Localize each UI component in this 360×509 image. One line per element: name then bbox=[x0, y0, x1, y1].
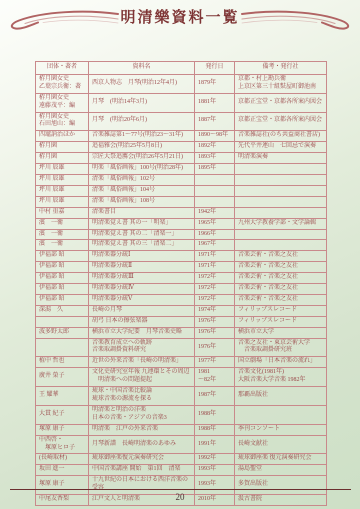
cell-publisher: 先代平井連山 七回忌で演奏 bbox=[235, 142, 327, 153]
cell-date bbox=[195, 185, 235, 196]
cell-author: 坪川 辰雄 bbox=[36, 196, 89, 207]
cell-material: 清楽「風俗画報」108号 bbox=[89, 196, 195, 207]
table-row: 大貫 紀子明清楽と明治の洋楽 日本の音楽・アジアの音楽31988年 bbox=[36, 405, 327, 424]
cell-material: 音楽雑誌第1～77号(明治23～31年) bbox=[89, 131, 195, 142]
cell-date: 1971年 bbox=[195, 251, 235, 262]
table-row: 伊福部 昭明清楽器分疏Ⅱ1971年音楽芸術・音楽之友社 bbox=[36, 262, 327, 273]
table-row: 濱 一衛明清楽覚え書 其の二「清楽一」1966年 bbox=[36, 229, 327, 240]
cell-date: 1971年 bbox=[195, 262, 235, 273]
table-row: 胡弓 日本の擦弦楽器1976年フィリップスレコード bbox=[36, 316, 327, 327]
cell-publisher: 明清楽演奏 bbox=[235, 153, 327, 164]
cell-publisher: 京都正宝堂・京都各所案内図会 bbox=[235, 93, 327, 112]
table-row: 坂田 進一中国音楽講座 開始 第1回 清楽1993年湯島聖堂 bbox=[36, 465, 327, 476]
cell-publisher bbox=[235, 185, 327, 196]
table-row: 坪川 辰雄明楽「風俗画報」100号(明治28年)1895年 bbox=[36, 164, 327, 175]
cell-author: 坪川 辰雄 bbox=[36, 185, 89, 196]
cell-date: 1965年 bbox=[195, 218, 235, 229]
cell-publisher: 長崎文献社 bbox=[235, 435, 327, 454]
cell-author bbox=[36, 338, 89, 357]
table-row: 坪川 辰雄清楽「風俗画報」102号 bbox=[36, 174, 327, 185]
cell-material: 明清楽覚え書 其の二「清楽一」 bbox=[89, 229, 195, 240]
table-row: 四竈訥治ほか音楽雑誌第1～77号(明治23～31年)1890～98年音楽雑誌社(… bbox=[36, 131, 327, 142]
cell-date: 1991年 bbox=[195, 435, 235, 454]
cell-publisher: 湯島聖堂 bbox=[235, 465, 327, 476]
cell-date: 1892年 bbox=[195, 142, 235, 153]
cell-publisher: 音楽之友社・東京芸術大学 音楽取調掛研究班 bbox=[235, 338, 327, 357]
cell-date: 1977年 bbox=[195, 357, 235, 368]
cell-material: 明清楽 江戸の外来音楽 bbox=[89, 424, 195, 435]
table-row: 栫月園女史 遠藤茂平：編月琴 (明治14年3月)1881年京都正宝堂・京都各所案… bbox=[36, 93, 327, 112]
cell-material: 音楽教育成立への軌跡 音楽取調掛資料研究 bbox=[89, 338, 195, 357]
cell-author: 中村 重嘉 bbox=[36, 207, 89, 218]
cell-date: 1993年 bbox=[195, 465, 235, 476]
table-row: 王 耀華琉球・中国音楽比較論 琉球音楽の源流を探る1987年那覇出版社 bbox=[36, 387, 327, 406]
cell-author: 栫月園 bbox=[36, 142, 89, 153]
cell-author: 塚原 康子 bbox=[36, 424, 89, 435]
cell-author: (長崎取材) bbox=[36, 454, 89, 465]
cell-date: 1992年 bbox=[195, 454, 235, 465]
cell-material: 明清楽覚え書 其の一「明楽」 bbox=[89, 218, 195, 229]
cell-publisher: 横浜市立大学 bbox=[235, 327, 327, 338]
document-page: 明清樂資料一覧 団体・著者 資料名 発行日 備考・発行社 栫月園女史 乙葉宗兵衛… bbox=[0, 0, 360, 509]
cell-author: 坪川 辰雄 bbox=[36, 164, 89, 175]
cell-date: 1966年 bbox=[195, 229, 235, 240]
page-number: 20 bbox=[0, 492, 360, 502]
cell-material: 明楽「風俗画報」100号(明治28年) bbox=[89, 164, 195, 175]
cell-material: 中国音楽講座 開始 第1回 清楽 bbox=[89, 465, 195, 476]
materials-table-header: 団体・著者 資料名 発行日 備考・発行社 bbox=[36, 62, 327, 75]
cell-author: 伊福部 昭 bbox=[36, 284, 89, 295]
cell-material: 明清楽器分疏Ⅰ bbox=[89, 251, 195, 262]
cell-publisher: 音楽雑誌社(のち共益商社書店) bbox=[235, 131, 327, 142]
cell-material: 清楽書目 bbox=[89, 207, 195, 218]
cell-date: 1942年 bbox=[195, 207, 235, 218]
cell-date: 1976年 bbox=[195, 338, 235, 357]
cell-author: 四竈訥治ほか bbox=[36, 131, 89, 142]
cell-material: 月琴 (明治14年3月) bbox=[89, 93, 195, 112]
cell-publisher: 九州大学教養学部・文学論輯 bbox=[235, 218, 327, 229]
table-row: 栫月園女史 石田旭山：編月琴 (明治20年6月)1887年京都正宝堂・京都各所案… bbox=[36, 112, 327, 131]
table-row: 中西啓・ 塚原ヒロ子月琴新譜 長崎明清楽のあゆみ1991年長崎文献社 bbox=[36, 435, 327, 454]
cell-date: 1988年 bbox=[195, 405, 235, 424]
cell-material: 琉球・中国音楽比較論 琉球音楽の源流を探る bbox=[89, 387, 195, 406]
table-row: 音楽教育成立への軌跡 音楽取調掛資料研究1976年音楽之友社・東京芸術大学 音楽… bbox=[36, 338, 327, 357]
cell-publisher: 音楽芸術・音楽之友社 bbox=[235, 273, 327, 284]
cell-date: 1976年 bbox=[195, 316, 235, 327]
col-header-publisher: 備考・発行社 bbox=[235, 62, 327, 75]
cell-date: 1895年 bbox=[195, 164, 235, 175]
cell-author: 王 耀華 bbox=[36, 387, 89, 406]
cell-material: 追福雅会(明治25年5月8日) bbox=[89, 142, 195, 153]
cell-author: 濱 一衛 bbox=[36, 218, 89, 229]
cell-author: 栫月園 bbox=[36, 153, 89, 164]
cell-author: 伊福部 昭 bbox=[36, 294, 89, 305]
title-band: 明清樂資料一覧 bbox=[0, 0, 360, 34]
cell-material: 明清楽器分疏Ⅱ bbox=[89, 262, 195, 273]
cell-author: 坪川 辰雄 bbox=[36, 174, 89, 185]
cell-material: 明清楽器分疏Ⅳ bbox=[89, 284, 195, 295]
table-row: 伊福部 昭明清楽器分疏Ⅰ1971年音楽芸術・音楽之友社 bbox=[36, 251, 327, 262]
cell-author: 濱 一衛 bbox=[36, 240, 89, 251]
cell-publisher: 那覇出版社 bbox=[235, 387, 327, 406]
materials-table-body: 栫月園女史 乙葉宗兵衛：著西京人物志 月琴(明治12年4月)1879年京都・村上… bbox=[36, 74, 327, 505]
table-row: 坪川 辰雄清楽「風俗画報」108号 bbox=[36, 196, 327, 207]
cell-author: 伊福部 昭 bbox=[36, 251, 89, 262]
cell-material: 月琴新譜 長崎明清楽のあゆみ bbox=[89, 435, 195, 454]
table-row: 濱 一衛明清楽覚え書 其の三「清楽二」1967年 bbox=[36, 240, 327, 251]
cell-author: 濱 一衛 bbox=[36, 229, 89, 240]
header-row: 団体・著者 資料名 発行日 備考・発行社 bbox=[36, 62, 327, 75]
cell-publisher bbox=[235, 164, 327, 175]
table-row: 中村 重嘉清楽書目1942年 bbox=[36, 207, 327, 218]
table-row: 伊福部 昭明清楽器分疏Ⅲ1972年音楽芸術・音楽之友社 bbox=[36, 273, 327, 284]
cell-author: 伊福部 昭 bbox=[36, 262, 89, 273]
cell-author bbox=[36, 316, 89, 327]
table-row: 波多野太郎横浜市立大学紀要 月琴音楽史略1976年横浜市立大学 bbox=[36, 327, 327, 338]
footer-rule bbox=[10, 489, 351, 490]
cell-publisher: 季刊コンソート bbox=[235, 424, 327, 435]
cell-material: 月琴 (明治20年6月) bbox=[89, 112, 195, 131]
cell-material: 胡弓 日本の擦弦楽器 bbox=[89, 316, 195, 327]
cell-date bbox=[195, 196, 235, 207]
cell-publisher: 琉球御座楽 復元演奏研究会 bbox=[235, 454, 327, 465]
cell-publisher bbox=[235, 405, 327, 424]
table-row: (長崎取材)琉球御座楽復元演奏研究会1992年琉球御座楽 復元演奏研究会 bbox=[36, 454, 327, 465]
cell-date: 1887年 bbox=[195, 112, 235, 131]
cell-date: 1881年 bbox=[195, 93, 235, 112]
cell-material: 文化史研究室年報 九連環とその周辺 明清楽への問題提起 bbox=[89, 368, 195, 387]
cell-material: 西京人物志 月琴(明治12年4月) bbox=[89, 74, 195, 93]
col-header-material: 資料名 bbox=[89, 62, 195, 75]
col-header-author: 団体・著者 bbox=[36, 62, 89, 75]
cell-date: 1967年 bbox=[195, 240, 235, 251]
cell-publisher: 国立劇場「日本音楽の流れ」 bbox=[235, 357, 327, 368]
cell-material: 長崎の月琴 bbox=[89, 305, 195, 316]
cell-publisher: 音楽芸術・音楽之友社 bbox=[235, 251, 327, 262]
cell-material: 横浜市立大学紀要 月琴音楽史略 bbox=[89, 327, 195, 338]
cell-date: 1893年 bbox=[195, 153, 235, 164]
cell-material: 明清楽と明治の洋楽 日本の音楽・アジアの音楽3 bbox=[89, 405, 195, 424]
cell-author: 栫月園女史 遠藤茂平：編 bbox=[36, 93, 89, 112]
table-row: 廣井 榮子文化史研究室年報 九連環とその周辺 明清楽への問題提起1981 ～82… bbox=[36, 368, 327, 387]
cell-publisher: 音楽芸術・音楽之友社 bbox=[235, 262, 327, 273]
cell-author: 深潟 久 bbox=[36, 305, 89, 316]
cell-publisher: 音楽芸術・音楽之友社 bbox=[235, 294, 327, 305]
cell-date: 1890～98年 bbox=[195, 131, 235, 142]
cell-author: 波多野太郎 bbox=[36, 327, 89, 338]
cell-publisher: 音楽芸術・音楽之友社 bbox=[235, 284, 327, 295]
cell-author: 廣井 榮子 bbox=[36, 368, 89, 387]
cell-date: 1987年 bbox=[195, 387, 235, 406]
table-row: 濱 一衛明清楽覚え書 其の一「明楽」1965年九州大学教養学部・文学論輯 bbox=[36, 218, 327, 229]
cell-material: 琉球御座楽復元演奏研究会 bbox=[89, 454, 195, 465]
cell-date: 1972年 bbox=[195, 294, 235, 305]
cell-author: 坂田 進一 bbox=[36, 465, 89, 476]
cell-date: 1974年 bbox=[195, 305, 235, 316]
col-header-date: 発行日 bbox=[195, 62, 235, 75]
cell-author: 植中 哲也 bbox=[36, 357, 89, 368]
cell-material: 宗匠大祭追薦会(明治26年5月21日) bbox=[89, 153, 195, 164]
cell-publisher bbox=[235, 196, 327, 207]
materials-table: 団体・著者 資料名 発行日 備考・発行社 栫月園女史 乙葉宗兵衛：著西京人物志 … bbox=[35, 61, 327, 506]
table-row: 伊福部 昭明清楽器分疏Ⅴ1972年音楽芸術・音楽之友社 bbox=[36, 294, 327, 305]
cell-date: 1879年 bbox=[195, 74, 235, 93]
table-row: 伊福部 昭明清楽器分疏Ⅳ1972年音楽芸術・音楽之友社 bbox=[36, 284, 327, 295]
cell-publisher: 京都正宝堂・京都各所案内図会 bbox=[235, 112, 327, 131]
table-row: 深潟 久長崎の月琴1974年フィリップスレコード bbox=[36, 305, 327, 316]
cell-author: 大貫 紀子 bbox=[36, 405, 89, 424]
cell-publisher bbox=[235, 207, 327, 218]
cell-material: 清楽「風俗画報」104号 bbox=[89, 185, 195, 196]
cell-author: 中西啓・ 塚原ヒロ子 bbox=[36, 435, 89, 454]
table-row: 栫月園追福雅会(明治25年5月8日)1892年先代平井連山 七回忌で演奏 bbox=[36, 142, 327, 153]
cell-material: 明清楽器分疏Ⅴ bbox=[89, 294, 195, 305]
table-row: 栫月園女史 乙葉宗兵衛：著西京人物志 月琴(明治12年4月)1879年京都・村上… bbox=[36, 74, 327, 93]
cell-author: 伊福部 昭 bbox=[36, 273, 89, 284]
table-row: 坪川 辰雄清楽「風俗画報」104号 bbox=[36, 185, 327, 196]
table-row: 植中 哲也近世の外来音楽「長崎の明清楽」1977年国立劇場「日本音楽の流れ」 bbox=[36, 357, 327, 368]
cell-publisher: 音楽文化(1981年) 大阪音楽大学音楽 1982年 bbox=[235, 368, 327, 387]
cell-publisher bbox=[235, 240, 327, 251]
cell-material: 明清楽覚え書 其の三「清楽二」 bbox=[89, 240, 195, 251]
cell-date: 1988年 bbox=[195, 424, 235, 435]
table-row: 塚原 康子明清楽 江戸の外来音楽1988年季刊コンソート bbox=[36, 424, 327, 435]
cell-author: 栫月園女史 乙葉宗兵衛：著 bbox=[36, 74, 89, 93]
cell-date: 1976年 bbox=[195, 327, 235, 338]
cell-material: 近世の外来音楽「長崎の明清楽」 bbox=[89, 357, 195, 368]
cell-publisher: 京都・村上勘兵衛 上京区第三十組麩屋町御池南 bbox=[235, 74, 327, 93]
cell-date bbox=[195, 174, 235, 185]
flourish-right-ornament bbox=[241, 9, 353, 31]
cell-date: 1981 ～82年 bbox=[195, 368, 235, 387]
cell-publisher bbox=[235, 174, 327, 185]
cell-date: 1972年 bbox=[195, 284, 235, 295]
cell-material: 明清楽器分疏Ⅲ bbox=[89, 273, 195, 284]
cell-material: 清楽「風俗画報」102号 bbox=[89, 174, 195, 185]
cell-publisher: フィリップスレコード bbox=[235, 316, 327, 327]
cell-author: 栫月園女史 石田旭山：編 bbox=[36, 112, 89, 131]
cell-date: 1972年 bbox=[195, 273, 235, 284]
cell-publisher: フィリップスレコード bbox=[235, 305, 327, 316]
table-row: 栫月園宗匠大祭追薦会(明治26年5月21日)1893年明清楽演奏 bbox=[36, 153, 327, 164]
cell-publisher bbox=[235, 229, 327, 240]
